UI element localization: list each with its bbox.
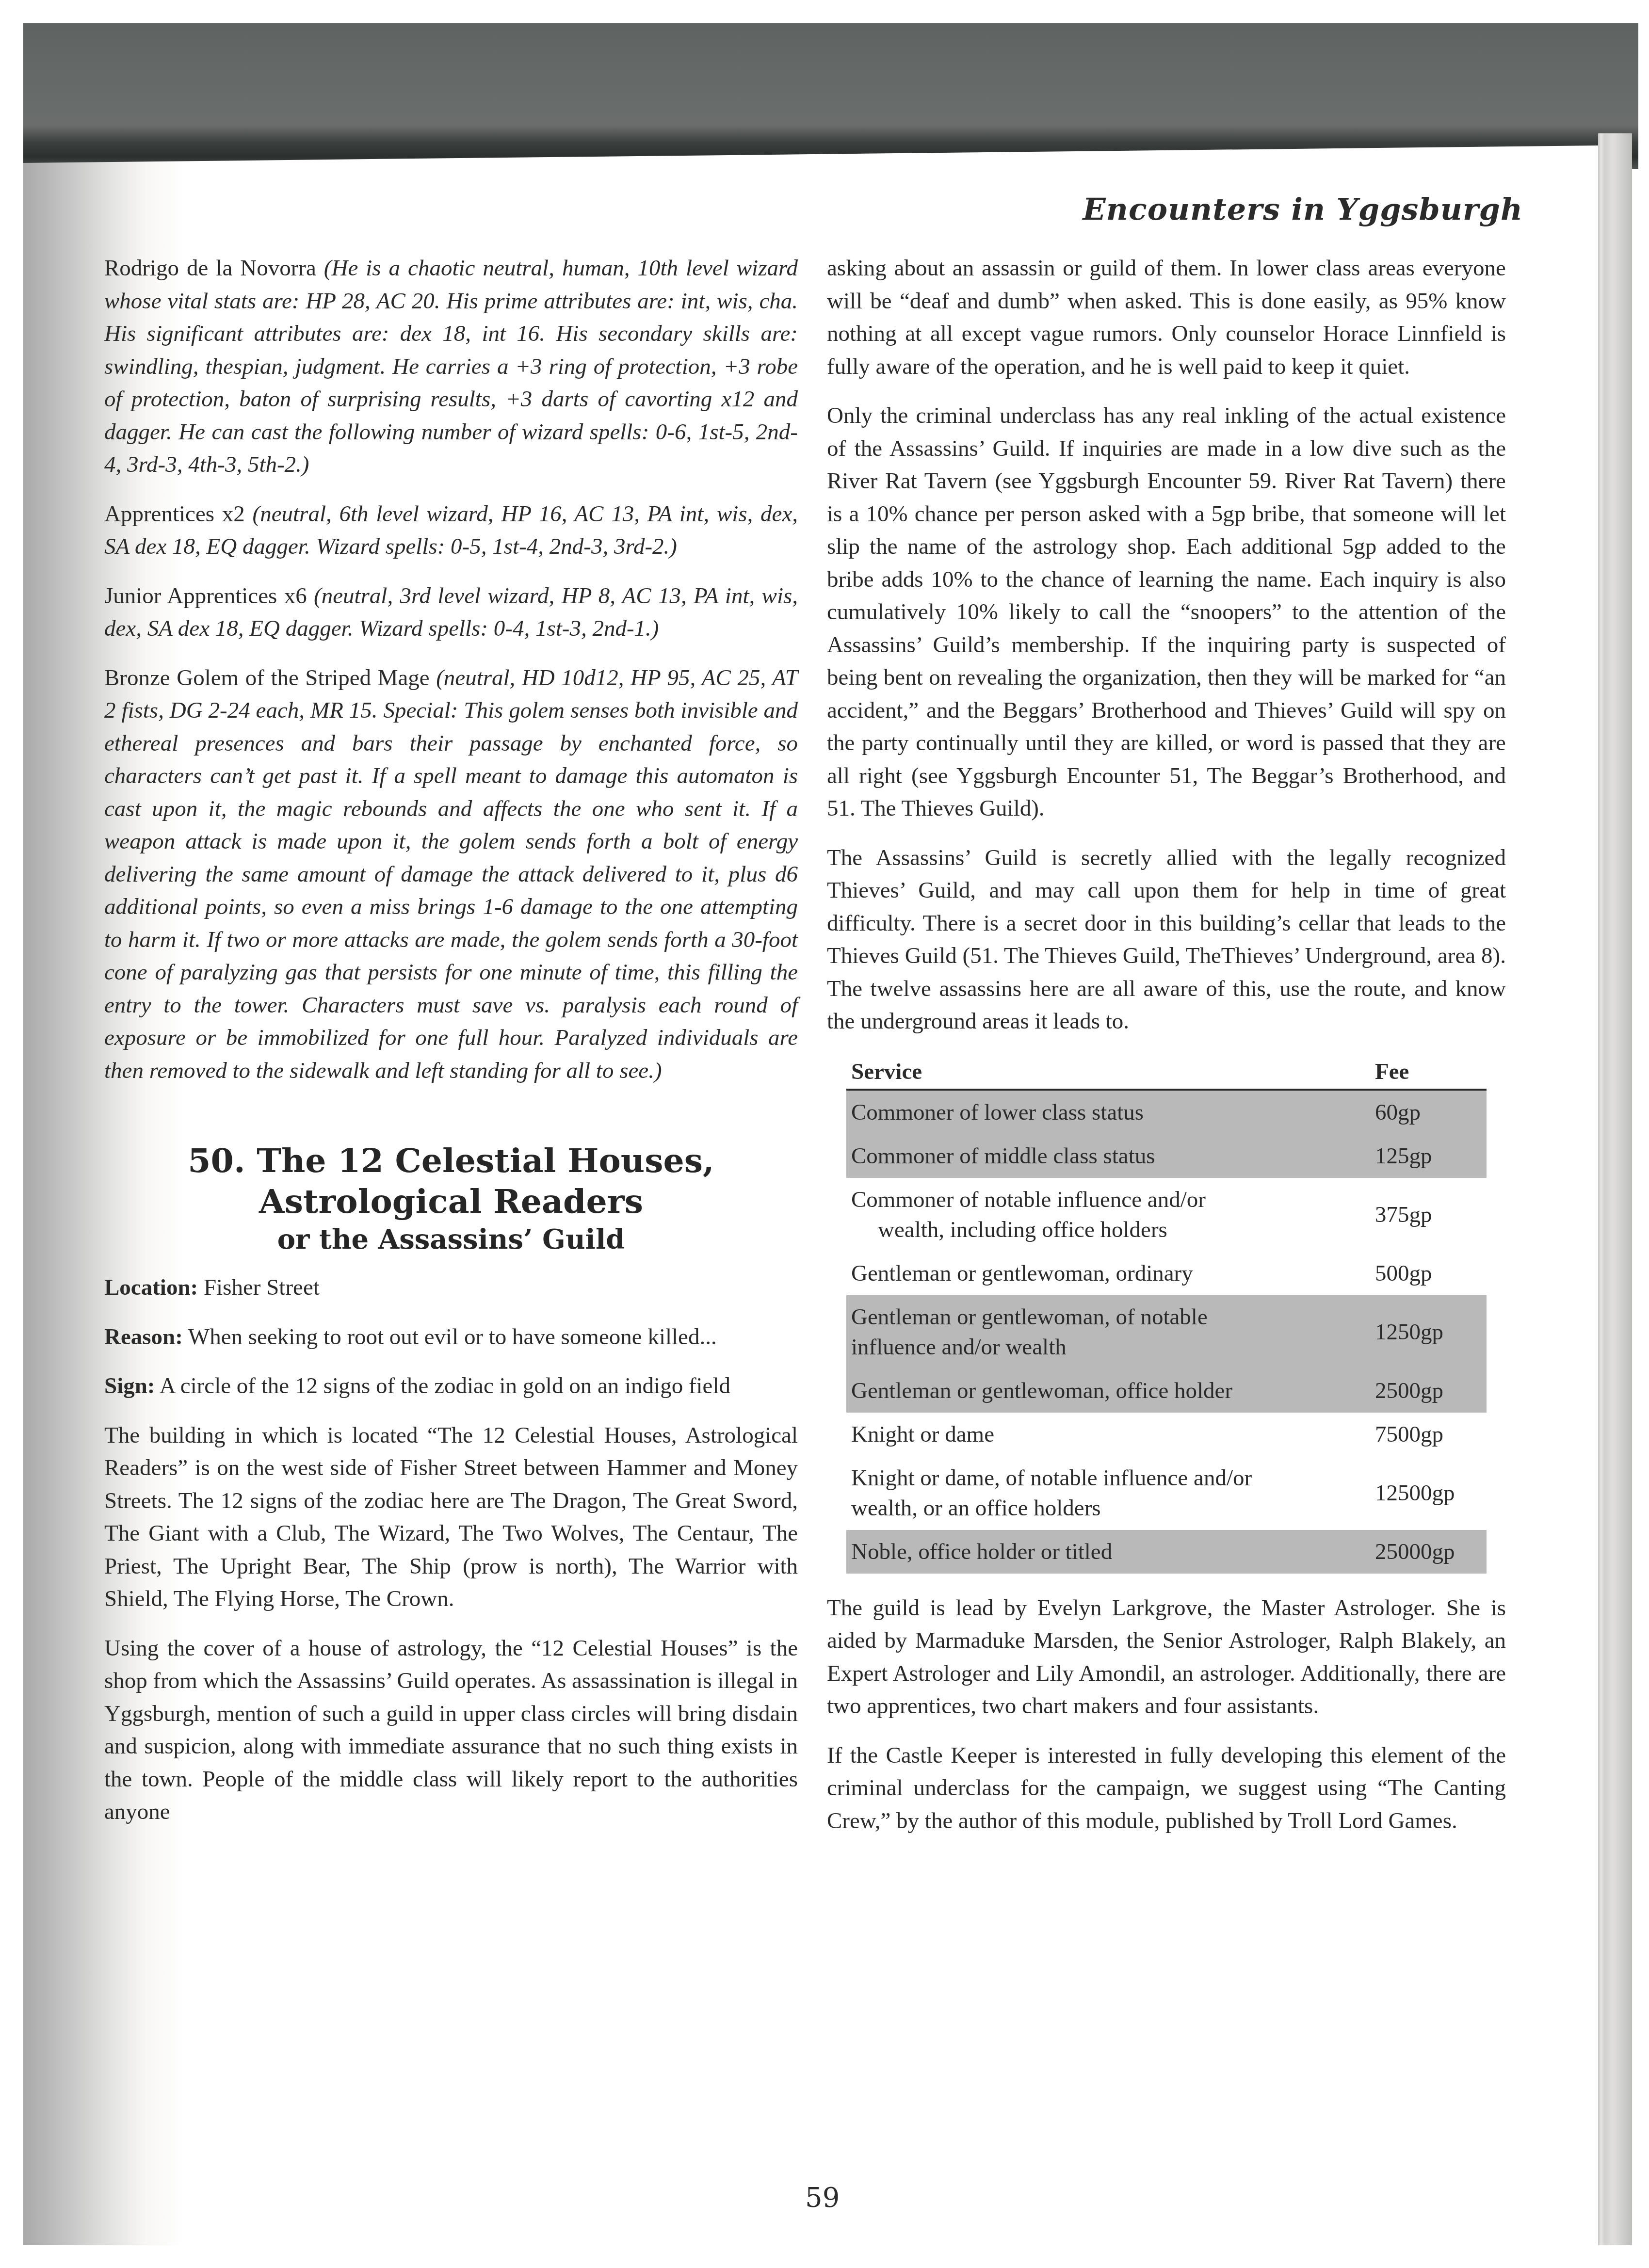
fee-cell: 2500gp: [1360, 1369, 1487, 1413]
fee-cell: 25000gp: [1360, 1530, 1487, 1574]
stat-block-name: Rodrigo de la Novorra: [104, 256, 316, 281]
stat-block-junior-apprentices: Junior Apprentices x6 (neutral, 3rd leve…: [104, 580, 798, 645]
service-text-continued: influence and/or wealth: [851, 1332, 1356, 1362]
table-row: Noble, office holder or titled 25000gp: [846, 1530, 1487, 1574]
stat-block-details: (He is a chaotic neutral, human, 10th le…: [104, 256, 798, 477]
service-text-continued: wealth, including office holders: [851, 1215, 1356, 1245]
field-value: A circle of the 12 signs of the zodiac i…: [160, 1373, 730, 1399]
table-row: Gentleman or gentlewoman, of notableinfl…: [846, 1295, 1487, 1369]
service-text: Knight or dame: [851, 1422, 994, 1447]
field-label: Location:: [104, 1275, 198, 1300]
fee-cell: 60gp: [1360, 1090, 1487, 1134]
stat-block-bronze-golem: Bronze Golem of the Striped Mage (neutra…: [104, 662, 798, 1088]
service-text: Commoner of middle class status: [851, 1143, 1155, 1169]
table-row: Gentleman or gentlewoman, office holder …: [846, 1369, 1487, 1413]
stat-block-details: (neutral, HD 10d12, HP 95, AC 25, AT 2 f…: [104, 665, 798, 1083]
table-row: Knight or dame, of notable influence and…: [846, 1456, 1487, 1530]
service-text: Knight or dame, of notable influence and…: [851, 1465, 1252, 1491]
field-label: Sign:: [104, 1373, 155, 1399]
service-cell: Gentleman or gentlewoman, office holder: [846, 1369, 1360, 1413]
field-reason: Reason: When seeking to root out evil or…: [104, 1321, 798, 1354]
section-title-line-1: 50. The 12 Celestial Houses,: [104, 1141, 798, 1181]
paragraph-guild-leadership: The guild is lead by Evelyn Larkgrove, t…: [827, 1592, 1506, 1723]
service-cell: Commoner of notable influence and/orweal…: [846, 1178, 1360, 1252]
service-text: Commoner of notable influence and/or: [851, 1187, 1206, 1212]
field-label: Reason:: [104, 1324, 183, 1350]
stat-block-name: Junior Apprentices x6: [104, 583, 307, 609]
fee-table: Service Fee Commoner of lower class stat…: [846, 1055, 1487, 1574]
table-row: Commoner of notable influence and/orweal…: [846, 1178, 1487, 1252]
service-text: Gentleman or gentlewoman, office holder: [851, 1378, 1232, 1403]
page-stack-edge: [1598, 133, 1632, 2245]
field-value: Fisher Street: [204, 1275, 320, 1300]
service-text-continued: wealth, or an office holders: [851, 1493, 1356, 1523]
fee-cell: 7500gp: [1360, 1413, 1487, 1456]
stat-block-name: Bronze Golem of the Striped Mage: [104, 665, 430, 691]
fee-cell: 1250gp: [1360, 1295, 1487, 1369]
paragraph-continued: asking about an assassin or guild of the…: [827, 252, 1506, 383]
section-heading: 50. The 12 Celestial Houses, Astrologica…: [104, 1141, 798, 1257]
fee-cell: 375gp: [1360, 1178, 1487, 1252]
right-column: asking about an assassin or guild of the…: [827, 252, 1506, 1854]
service-cell: Noble, office holder or titled: [846, 1530, 1360, 1574]
stat-block-name: Apprentices x2: [104, 501, 245, 527]
paragraph-criminal-underclass: Only the criminal underclass has any rea…: [827, 400, 1506, 825]
service-text: Commoner of lower class status: [851, 1100, 1144, 1125]
field-value: When seeking to root out evil or to have…: [188, 1324, 717, 1350]
paragraph-cover: Using the cover of a house of astrology,…: [104, 1632, 798, 1829]
column-header-fee: Fee: [1360, 1055, 1487, 1090]
table-row: Commoner of middle class status 125gp: [846, 1134, 1487, 1178]
scanner-background: [23, 23, 1638, 169]
running-head: Encounters in Yggsburgh: [1083, 192, 1523, 227]
service-text: Gentleman or gentlewoman, ordinary: [851, 1261, 1193, 1286]
table-header-row: Service Fee: [846, 1055, 1487, 1090]
field-location: Location: Fisher Street: [104, 1271, 798, 1304]
service-text: Gentleman or gentlewoman, of notable: [851, 1304, 1208, 1330]
paragraph-building: The building in which is located “The 12…: [104, 1419, 798, 1616]
section-title-line-3: or the Assassins’ Guild: [104, 1222, 798, 1257]
fee-cell: 500gp: [1360, 1252, 1487, 1295]
service-cell: Knight or dame, of notable influence and…: [846, 1456, 1360, 1530]
stat-block-rodrigo: Rodrigo de la Novorra (He is a chaotic n…: [104, 252, 798, 482]
page-number: 59: [805, 2182, 840, 2214]
service-text: Noble, office holder or titled: [851, 1539, 1112, 1564]
table-row: Gentleman or gentlewoman, ordinary 500gp: [846, 1252, 1487, 1295]
field-sign: Sign: A circle of the 12 signs of the zo…: [104, 1370, 798, 1403]
service-cell: Knight or dame: [846, 1413, 1360, 1456]
service-cell: Commoner of middle class status: [846, 1134, 1360, 1178]
left-column: Rodrigo de la Novorra (He is a chaotic n…: [104, 252, 798, 1845]
table-row: Knight or dame 7500gp: [846, 1413, 1487, 1456]
service-cell: Gentleman or gentlewoman, ordinary: [846, 1252, 1360, 1295]
section-title-line-2: Astrological Readers: [104, 1181, 798, 1222]
service-cell: Commoner of lower class status: [846, 1090, 1360, 1134]
paragraph-thieves-guild-alliance: The Assassins’ Guild is secretly allied …: [827, 842, 1506, 1038]
service-cell: Gentleman or gentlewoman, of notableinfl…: [846, 1295, 1360, 1369]
paragraph-castle-keeper-note: If the Castle Keeper is interested in fu…: [827, 1739, 1506, 1838]
stat-block-apprentices: Apprentices x2 (neutral, 6th level wizar…: [104, 498, 798, 563]
table-row: Commoner of lower class status 60gp: [846, 1090, 1487, 1134]
column-header-service: Service: [846, 1055, 1360, 1090]
fee-cell: 125gp: [1360, 1134, 1487, 1178]
fee-cell: 12500gp: [1360, 1456, 1487, 1530]
